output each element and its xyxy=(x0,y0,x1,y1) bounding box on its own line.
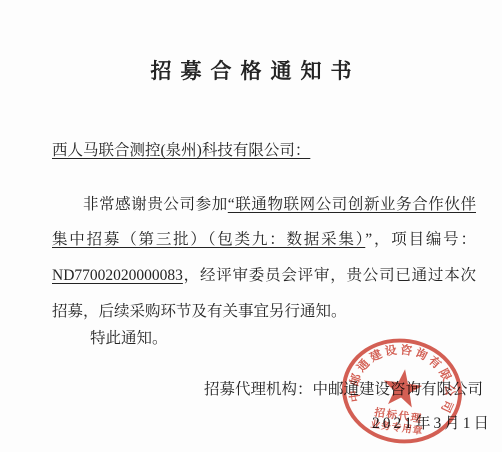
quote-close: ”， xyxy=(365,231,391,248)
page-title: 招募合格通知书 xyxy=(0,55,502,85)
project-number: ND77002020000083 xyxy=(52,267,183,284)
paragraph-lead: 非常感谢贵公司参加 xyxy=(83,196,228,213)
agency-label: 招募代理机构： xyxy=(204,381,313,398)
official-stamp: 中邮通建设咨询有限公司 招标代理 业务专用章 xyxy=(332,328,472,452)
notice-document: 招募合格通知书 西人马联合测控(泉州)科技有限公司： 非常感谢贵公司参加“联通物… xyxy=(0,0,502,452)
addressee-line: 西人马联合测控(泉州)科技有限公司： xyxy=(52,138,310,160)
star-icon xyxy=(381,367,425,409)
body-paragraph: 非常感谢贵公司参加“联通物联网公司创新业务合作伙伴集中招募（第三批）（包类九：数… xyxy=(52,187,476,330)
project-number-label: 项目编号： xyxy=(391,231,476,248)
closing-line: 特此通知。 xyxy=(90,326,168,348)
